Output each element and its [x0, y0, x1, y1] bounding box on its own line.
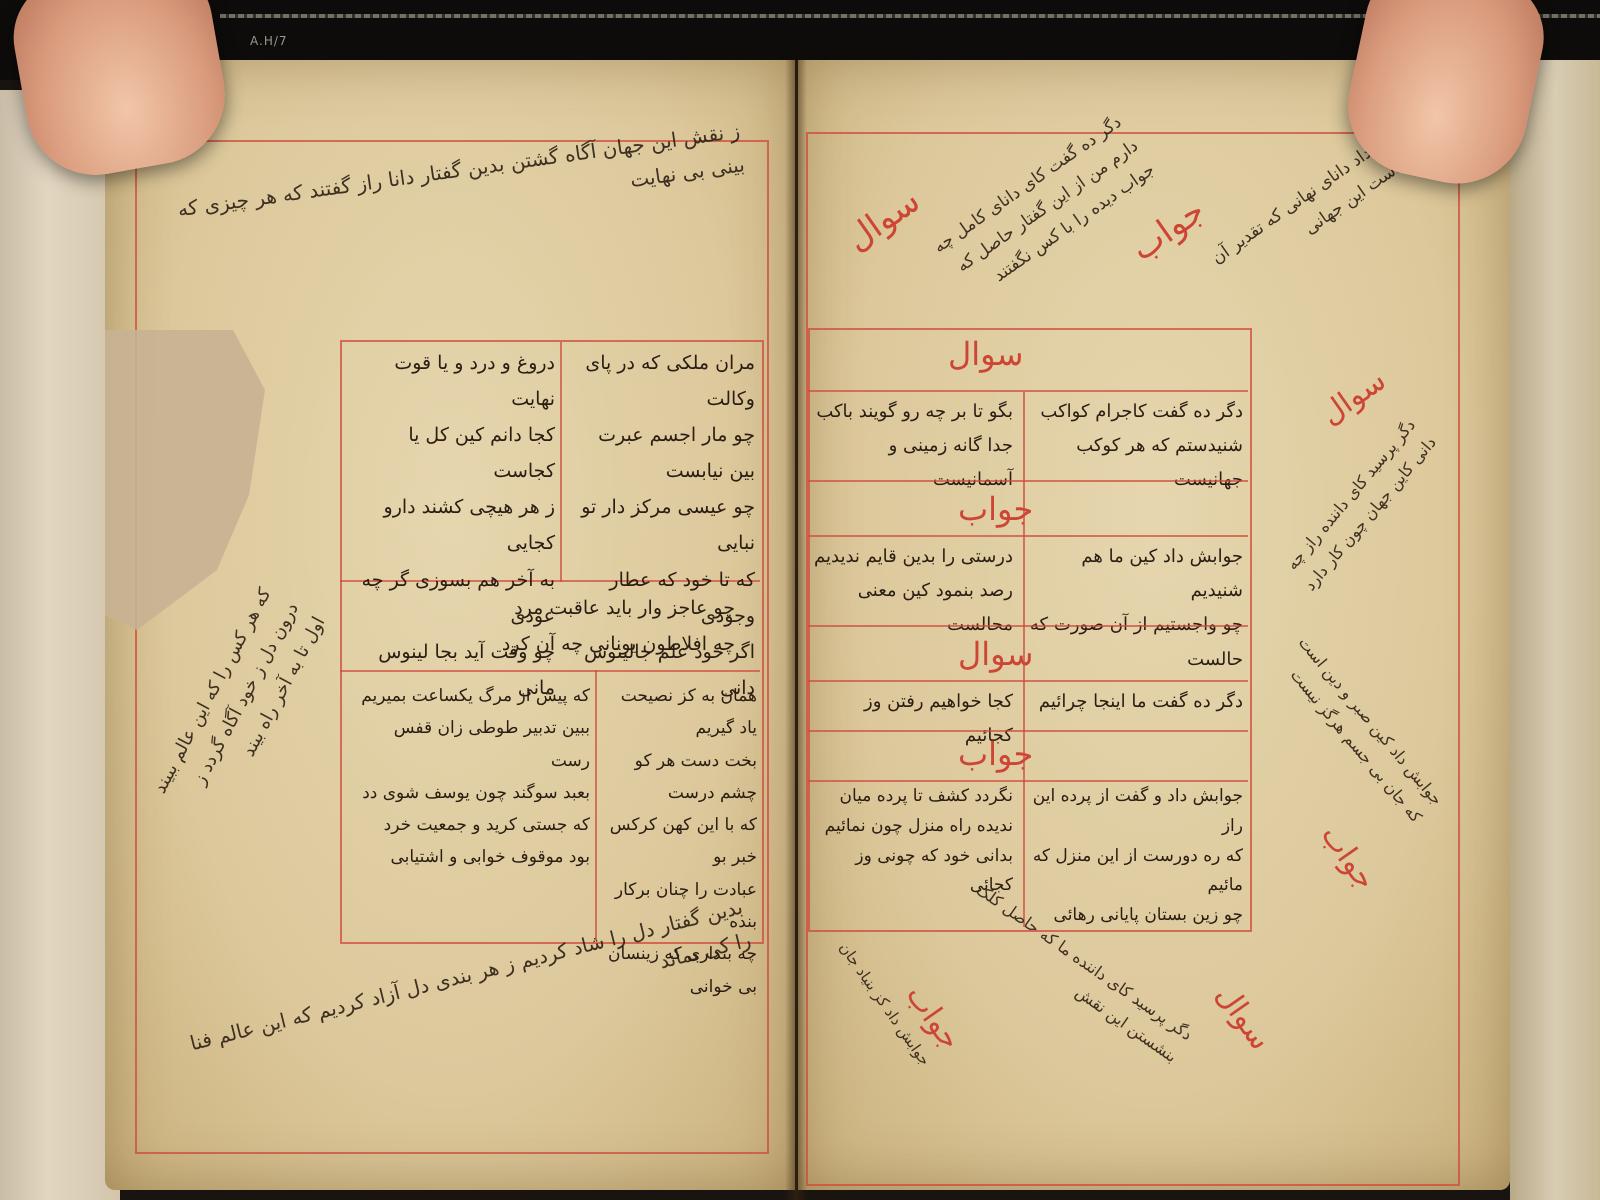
verse-block-right: جوابش داد کین ما هم شنیدیم چو واجستیم از…	[1028, 540, 1243, 677]
verse-block-center: چو عاجز وار باید عاقبت مرد چه افلاطون یو…	[435, 590, 735, 662]
verse-block-right: جوابش داد و گفت از پرده این راز که ره دو…	[1028, 782, 1243, 931]
right-page: سوال دگر ده گفت کای دانای کامل چه دارم م…	[798, 60, 1510, 1190]
page-edges-left	[0, 90, 120, 1200]
row-divider	[808, 625, 1248, 627]
verse-block-right: دگر ده گفت ما اینجا چرائیم	[1028, 685, 1243, 719]
row-divider	[808, 535, 1248, 537]
verse-block-right: دگر ده گفت کاجرام کواکب شنیدستم که هر کو…	[1028, 395, 1243, 498]
verse-block-left: درستی را بدین قایم ندیدیم رصد بنمود کین …	[813, 540, 1013, 643]
heading-question: سوال	[948, 335, 1023, 373]
shelf-label: A.H/7	[250, 34, 288, 48]
column-divider	[1023, 392, 1025, 927]
page-edges-right	[1510, 60, 1600, 1200]
column-divider	[595, 670, 597, 940]
verse-block-left: که پیش از مرگ یکساعت بمیریم ببین تدبیر ط…	[350, 680, 590, 874]
row-divider	[808, 390, 1248, 392]
left-page: ز نقش این جهان آگاه گشتن بدین گفتار دانا…	[105, 60, 795, 1190]
verse-block-left: بگو تا بر چه رو گویند باکب جدا گانه زمین…	[813, 395, 1013, 498]
column-divider	[560, 342, 562, 582]
row-divider	[808, 480, 1248, 482]
book-gutter	[785, 60, 807, 1200]
row-divider	[808, 730, 1248, 732]
row-divider	[808, 680, 1248, 682]
